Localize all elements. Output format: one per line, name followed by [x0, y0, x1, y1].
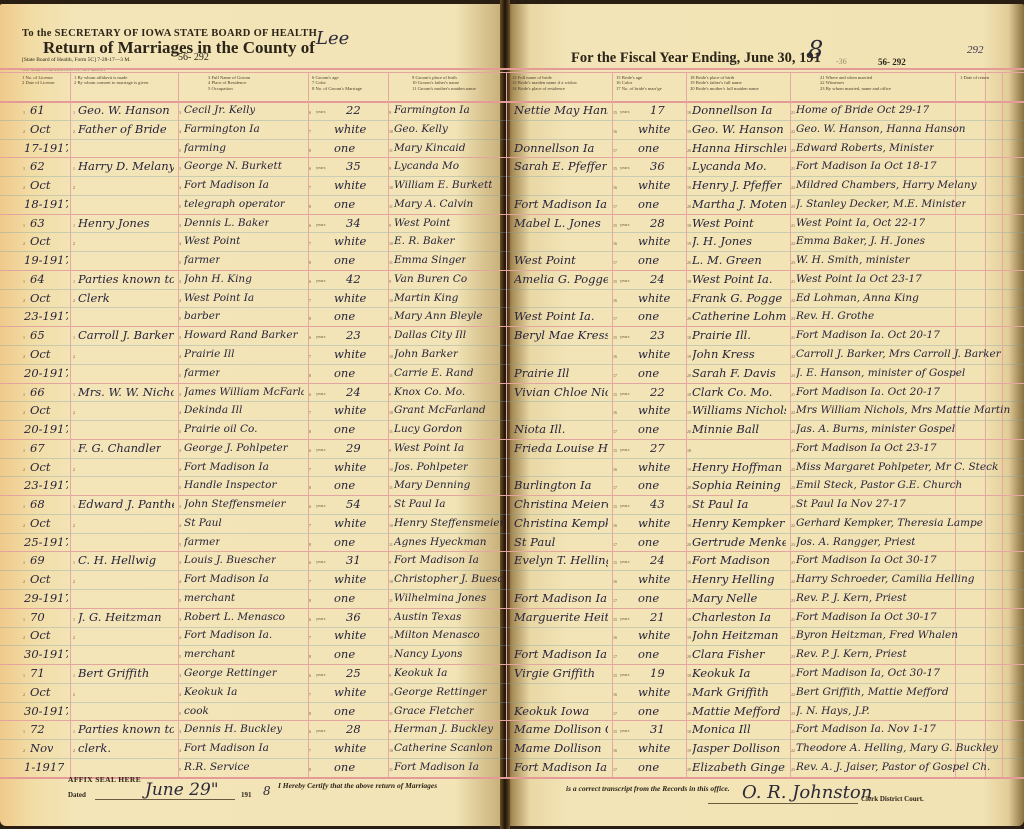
field-number: 21	[791, 673, 795, 678]
bride-family-cell: Sophia Reining	[692, 478, 781, 492]
bride-stats-cell: white	[638, 628, 670, 642]
field-number: 4	[179, 129, 181, 134]
field-number: 22	[791, 354, 795, 359]
affidavit-cell: Mrs. W. W. Nichols	[78, 385, 174, 399]
field-number: 22	[791, 635, 795, 640]
field-number: 17	[613, 204, 617, 209]
field-number: 9	[389, 335, 391, 340]
field-number: 2	[23, 579, 25, 584]
license-cell: 61	[30, 103, 45, 117]
groom-family-cell: Wilhelmina Jones	[394, 591, 486, 605]
field-number: 1	[73, 617, 75, 622]
groom-stats-cell: white	[334, 122, 366, 136]
bride-family-cell: Henry Helling	[692, 572, 775, 586]
field-number: 4	[179, 185, 181, 190]
field-number: 18	[687, 448, 691, 453]
bride-stats-cell: 21	[650, 610, 665, 624]
field-number: 1	[23, 110, 25, 115]
field-number: 20	[687, 711, 691, 716]
bride-family-cell: Martha J. Motenly	[692, 197, 786, 211]
fiscal-year-title: For the Fiscal Year Ending, June 30, 191	[571, 50, 821, 67]
field-number: 16	[613, 748, 617, 753]
field-number: 15	[613, 110, 617, 115]
years-label: years	[316, 559, 326, 564]
license-cell: 17-1917	[24, 141, 68, 155]
field-number: 20	[687, 767, 691, 772]
field-number: 19	[687, 129, 691, 134]
bride-cell: Mabel L. Jones	[514, 216, 601, 230]
groom-stats-cell: 25	[346, 666, 361, 680]
bride-family-cell: Monica Ill	[692, 722, 751, 736]
row-rule	[0, 495, 1024, 496]
marriage-cell: Rev. P. J. Kern, Priest	[796, 647, 907, 661]
bride-family-cell: Fort Madison	[692, 553, 770, 567]
groom-family-cell: Grant McFarland	[394, 403, 486, 417]
row-rule	[0, 345, 1024, 346]
field-number: 15	[613, 392, 617, 397]
bride-family-cell: Clark Co. Mo.	[692, 385, 772, 399]
affidavit-cell: J. G. Heitzman	[78, 610, 161, 624]
row-rule	[0, 476, 1024, 477]
field-number: 6	[309, 166, 311, 171]
groom-family-cell: Milton Menasco	[394, 628, 480, 642]
bride-stats-cell: white	[638, 291, 670, 305]
groom-family-cell: John Barker	[394, 347, 458, 361]
groom-cell: Fort Madison Ia.	[184, 628, 272, 642]
field-number: 23	[791, 429, 795, 434]
groom-stats-cell: 23	[346, 328, 361, 342]
bride-cell: Prairie Ill	[514, 366, 569, 380]
bride-cell: West Point	[514, 253, 576, 267]
field-number: 22	[791, 467, 795, 472]
field-number: 11	[389, 598, 393, 603]
field-number: 5	[179, 204, 181, 209]
groom-family-cell: Agnes Hyeckman	[394, 535, 487, 549]
groom-cell: telegraph operator	[184, 197, 285, 211]
bride-cell: Christina Meierotto	[514, 497, 608, 511]
license-cell: 20-1917	[24, 422, 68, 436]
field-number: 18	[687, 166, 691, 171]
field-number: 3	[179, 279, 181, 284]
field-number: 17	[613, 316, 617, 321]
groom-family-cell: Mary Ann Bleyle	[394, 309, 483, 323]
field-number: 3	[179, 335, 181, 340]
field-number: 18	[687, 392, 691, 397]
field-number: 1	[73, 392, 75, 397]
groom-stats-cell: 34	[346, 216, 361, 230]
groom-stats-cell: 28	[346, 722, 361, 736]
field-number: 7	[309, 129, 311, 134]
bride-stats-cell: 27	[650, 441, 665, 455]
header-rule-top	[0, 68, 1024, 70]
row-rule	[0, 326, 1024, 327]
groom-cell: farmer	[184, 253, 220, 267]
field-number: 20	[687, 148, 691, 153]
field-number: 21	[791, 110, 795, 115]
field-number: 3	[179, 560, 181, 565]
affidavit-cell: C. H. Hellwig	[78, 553, 156, 567]
field-number: 6	[309, 504, 311, 509]
bride-cell: Fort Madison Ia.	[514, 647, 608, 661]
field-number: 21	[791, 617, 795, 622]
years-label: years	[620, 559, 630, 564]
groom-stats-cell: one	[334, 591, 355, 605]
groom-stats-cell: 31	[346, 553, 361, 567]
field-number: 11	[389, 485, 393, 490]
groom-cell: George J. Pohlpeter	[184, 441, 288, 455]
marriage-cell: Geo. W. Hanson, Hanna Hanson	[796, 122, 966, 136]
bride-cell: Amelia G. Pogge	[514, 272, 608, 286]
field-number: 5	[179, 260, 181, 265]
bride-family-cell: L. M. Green	[692, 253, 762, 267]
groom-cell: James William McFarland	[184, 385, 304, 399]
bride-family-cell: St Paul Ia	[692, 497, 748, 511]
dated-value: June 29"	[145, 780, 219, 800]
affidavit-cell: Edward J. Panther	[78, 497, 174, 511]
years-label: years	[620, 334, 630, 339]
license-cell: 69	[30, 553, 45, 567]
affidavit-cell: clerk.	[78, 741, 111, 755]
field-number: 1	[73, 335, 75, 340]
field-number: 18	[687, 617, 691, 622]
years-label: years	[620, 503, 630, 508]
field-number: 15	[613, 729, 617, 734]
groom-family-cell: St Paul Ia	[394, 497, 445, 511]
field-number: 1	[23, 392, 25, 397]
license-cell: Oct	[30, 403, 51, 417]
row-rule	[0, 739, 1024, 740]
bride-family-cell: Prairie Ill.	[692, 328, 751, 342]
field-number: 11	[389, 316, 393, 321]
groom-cell: Fort Madison Ia	[184, 741, 269, 755]
field-number: 17	[613, 767, 617, 772]
column-rule	[686, 72, 687, 777]
field-number: 19	[687, 692, 691, 697]
field-number: 2	[23, 298, 25, 303]
affidavit-cell: Parties known to	[78, 272, 174, 286]
field-number: 4	[179, 467, 181, 472]
marriage-cell: Fort Madison Ia. Nov 1-17	[796, 722, 936, 736]
row-rule	[0, 139, 1024, 140]
groom-family-cell: Mary Denning	[394, 478, 470, 492]
field-number: 1	[23, 448, 25, 453]
field-number: 4	[179, 410, 181, 415]
field-number: 10	[389, 692, 393, 697]
column-rule	[388, 72, 389, 777]
groom-family-cell: Lucy Gordon	[394, 422, 462, 436]
groom-family-cell: E. R. Baker	[394, 234, 455, 248]
column-header: 1 By whom affidavit is made2 By whom con…	[74, 75, 174, 86]
marriage-cell: Fort Madison Ia Oct 18-17	[796, 159, 937, 173]
bride-family-cell: Frank G. Pogge	[692, 291, 782, 305]
field-number: 5	[179, 598, 181, 603]
field-number: 18	[687, 729, 691, 734]
field-number: 9	[389, 448, 391, 453]
years-label: years	[620, 109, 630, 114]
affidavit-cell: Henry Jones	[78, 216, 150, 230]
field-number: 5	[179, 373, 181, 378]
marriage-cell: J. N. Hays, J.P.	[796, 704, 870, 718]
bride-family-cell: Gertrude Menke	[692, 535, 786, 549]
field-number: 6	[309, 560, 311, 565]
field-number: 2	[73, 467, 75, 472]
field-number: 22	[791, 298, 795, 303]
license-cell: 29-1917	[24, 591, 68, 605]
row-rule	[0, 683, 1024, 684]
bride-stats-cell: 23	[650, 328, 665, 342]
field-number: 2	[73, 523, 75, 528]
county-name: Lee	[316, 28, 349, 49]
bride-family-cell: Henry J. Pfeffer	[692, 178, 782, 192]
row-rule	[0, 458, 1024, 459]
license-cell: 64	[30, 272, 45, 286]
field-number: 11	[389, 260, 393, 265]
field-number: 15	[613, 560, 617, 565]
bride-stats-cell: 19	[650, 666, 665, 680]
bride-cell: Donnellson Ia	[514, 141, 594, 155]
faint-code: -36	[836, 57, 847, 66]
row-rule	[0, 589, 1024, 590]
groom-family-cell: Knox Co. Mo.	[394, 385, 465, 399]
field-number: 21	[791, 448, 795, 453]
field-number: 2	[23, 354, 25, 359]
column-header: 21 Where and when married22 Witnesses23 …	[820, 75, 951, 91]
license-cell: 18-1917	[24, 197, 68, 211]
clerk-title: Clerk District Court.	[861, 795, 924, 803]
field-number: 16	[613, 635, 617, 640]
field-number: 16	[613, 692, 617, 697]
field-number: 21	[791, 392, 795, 397]
marriage-cell: Emil Steck, Pastor G.E. Church	[796, 478, 962, 492]
field-number: 11	[389, 373, 393, 378]
field-number: 22	[791, 692, 795, 697]
affidavit-cell: Bert Griffith	[78, 666, 149, 680]
field-number: 18	[687, 335, 691, 340]
bride-stats-cell: one	[638, 253, 659, 267]
marriage-cell: Edward Roberts, Minister	[796, 141, 934, 155]
column-header: 18 Bride's place of birth19 Bride's fath…	[690, 75, 786, 91]
groom-stats-cell: white	[334, 516, 366, 530]
groom-stats-cell: one	[334, 704, 355, 718]
groom-family-cell: Henry Steffensmeier	[394, 516, 504, 530]
marriage-cell: Mildred Chambers, Harry Melany	[796, 178, 977, 192]
bride-family-cell: Catherine Lohman	[692, 309, 786, 323]
ledger-book: To the SECRETARY OF IOWA STATE BOARD OF …	[0, 0, 1024, 829]
field-number: 8	[309, 485, 311, 490]
field-number: 18	[687, 504, 691, 509]
field-number: 9	[389, 110, 391, 115]
field-number: 23	[791, 316, 795, 321]
field-number: 18	[687, 673, 691, 678]
row-rule	[0, 214, 1024, 215]
bride-stats-cell: one	[638, 309, 659, 323]
bride-family-cell: Keokuk Ia	[692, 666, 750, 680]
groom-stats-cell: one	[334, 309, 355, 323]
groom-stats-cell: one	[334, 253, 355, 267]
field-number: 10	[389, 410, 393, 415]
field-number: 10	[389, 298, 393, 303]
field-number: 1	[23, 504, 25, 509]
marriage-cell: Harry Schroeder, Camilia Helling	[796, 572, 974, 586]
field-number: 7	[309, 185, 311, 190]
bride-stats-cell: one	[638, 591, 659, 605]
marriage-cell: Miss Margaret Pohlpeter, Mr C. Steck	[796, 460, 998, 474]
bride-family-cell: Geo. W. Hanson	[692, 122, 784, 136]
field-number: 22	[791, 579, 795, 584]
marriage-cell: Carroll J. Barker, Mrs Carroll J. Barker	[796, 347, 1001, 361]
bride-stats-cell: one	[638, 760, 659, 774]
field-number: 11	[389, 429, 393, 434]
field-number: 1	[23, 617, 25, 622]
clerk-signature: O. R. Johnston	[742, 782, 872, 803]
license-cell: Oct	[30, 291, 51, 305]
book-gutter	[500, 0, 510, 829]
bride-stats-cell: 24	[650, 272, 665, 286]
field-number: 3	[179, 729, 181, 734]
groom-cell: John H. King	[184, 272, 252, 286]
field-number: 2	[73, 241, 75, 246]
field-number: 17	[613, 148, 617, 153]
bride-cell: Mame Dollison	[514, 741, 601, 755]
field-number: 23	[791, 767, 795, 772]
field-number: 1	[23, 223, 25, 228]
row-rule	[0, 514, 1024, 515]
field-number: 3	[179, 110, 181, 115]
field-number: 19	[687, 579, 691, 584]
bride-stats-cell: white	[638, 347, 670, 361]
groom-stats-cell: white	[334, 741, 366, 755]
field-number: 9	[389, 279, 391, 284]
field-number: 18	[687, 110, 691, 115]
years-label: years	[620, 165, 630, 170]
groom-family-cell: Fort Madison Ia	[394, 553, 479, 567]
bride-family-cell: Mary Nelle	[692, 591, 757, 605]
bride-stats-cell: one	[638, 478, 659, 492]
bride-family-cell: West Point Ia.	[692, 272, 772, 286]
marriage-cell: Emma Baker, J. H. Jones	[796, 234, 925, 248]
row-rule	[0, 232, 1024, 233]
field-number: 19	[687, 635, 691, 640]
groom-stats-cell: white	[334, 572, 366, 586]
bride-cell: Vivian Chloe Nichols	[514, 385, 608, 399]
bride-family-cell: J. H. Jones	[692, 234, 752, 248]
groom-stats-cell: white	[334, 291, 366, 305]
bride-stats-cell: white	[638, 685, 670, 699]
groom-stats-cell: white	[334, 403, 366, 417]
field-number: 2	[23, 692, 25, 697]
bride-cell: Marguerite Heitzman	[514, 610, 608, 624]
groom-stats-cell: 22	[346, 103, 361, 117]
groom-family-cell: Catherine Scanlon	[394, 741, 493, 755]
table-bottom-rule	[0, 777, 1024, 779]
years-label: years	[316, 334, 326, 339]
field-number: 1	[23, 729, 25, 734]
column-header: 12 Full name of bride13 Bride's maiden n…	[512, 75, 608, 91]
field-number: 8	[309, 148, 311, 153]
field-number: 2	[23, 185, 25, 190]
field-number: 2	[73, 748, 75, 753]
row-rule	[0, 420, 1024, 421]
row-rule	[0, 720, 1024, 721]
field-number: 9	[389, 560, 391, 565]
groom-family-cell: Keokuk Ia	[394, 666, 447, 680]
groom-cell: Keokuk Ia	[184, 685, 237, 699]
field-number: 23	[791, 148, 795, 153]
years-label: years	[316, 503, 326, 508]
groom-cell: merchant	[184, 591, 235, 605]
field-number: 8	[309, 767, 311, 772]
field-number: 15	[613, 448, 617, 453]
groom-cell: Howard Rand Barker	[184, 328, 298, 342]
groom-cell: George Rettinger	[184, 666, 277, 680]
field-number: 23	[791, 654, 795, 659]
bride-stats-cell: 28	[650, 216, 665, 230]
field-number: 17	[613, 429, 617, 434]
row-rule	[0, 439, 1024, 440]
field-number: 4	[179, 748, 181, 753]
bride-cell: Niota Ill.	[514, 422, 565, 436]
field-number: 5	[179, 711, 181, 716]
field-number: 9	[389, 729, 391, 734]
license-cell: Oct	[30, 178, 51, 192]
column-header: 9 Groom's place of birth10 Groom's fathe…	[412, 75, 502, 91]
groom-family-cell: Farmington Ia	[394, 103, 470, 117]
groom-cell: farmer	[184, 535, 220, 549]
field-number: 15	[613, 335, 617, 340]
field-number: 7	[309, 354, 311, 359]
years-label: years	[316, 728, 326, 733]
license-cell: Oct	[30, 234, 51, 248]
field-number: 7	[309, 635, 311, 640]
row-rule	[0, 758, 1024, 759]
groom-stats-cell: one	[334, 197, 355, 211]
marriage-cell: Rev. A. J. Jaiser, Pastor of Gospel Ch.	[796, 760, 990, 774]
bride-family-cell: Jasper Dollison	[692, 741, 780, 755]
bride-stats-cell: white	[638, 516, 670, 530]
row-rule	[0, 664, 1024, 665]
groom-family-cell: Jos. Pohlpeter	[394, 460, 468, 474]
groom-cell: barber	[184, 309, 220, 323]
field-number: 2	[23, 635, 25, 640]
bride-cell: Beryl Mae Kress	[514, 328, 608, 342]
county-code-right: 56- 292	[878, 57, 906, 67]
years-label: years	[620, 616, 630, 621]
field-number: 11	[389, 711, 393, 716]
groom-stats-cell: white	[334, 685, 366, 699]
field-number: 21	[791, 729, 795, 734]
license-cell: Oct	[30, 685, 51, 699]
groom-family-cell: Lycanda Mo	[394, 159, 459, 173]
field-number: 7	[309, 467, 311, 472]
years-label: years	[620, 278, 630, 283]
field-number: 1	[23, 166, 25, 171]
field-number: 19	[687, 467, 691, 472]
field-number: 16	[613, 129, 617, 134]
affidavit-cell: Harry D. Melany	[78, 159, 174, 173]
signature-line	[708, 803, 858, 804]
field-number: 2	[73, 579, 75, 584]
column-rule	[612, 72, 613, 777]
field-number: 2	[73, 692, 75, 697]
marriage-cell: Bert Griffith, Mattie Mefford	[796, 685, 949, 699]
bride-family-cell: Donnellson Ia	[692, 103, 772, 117]
field-number: 20	[687, 316, 691, 321]
bride-family-cell: Mattie Mefford	[692, 704, 781, 718]
groom-cell: Robert L. Menasco	[184, 610, 285, 624]
field-number: 2	[23, 410, 25, 415]
field-number: 15	[613, 166, 617, 171]
marriage-cell: Mrs William Nichols, Mrs Mattie Martin	[796, 403, 1010, 417]
